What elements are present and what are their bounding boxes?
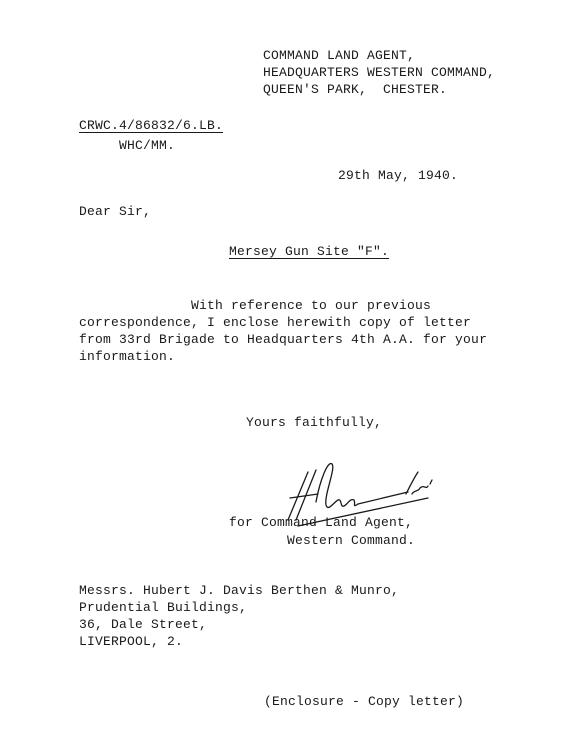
closing: Yours faithfully, — [246, 414, 382, 431]
salutation: Dear Sir, — [79, 203, 151, 220]
sender-address-line: HEADQUARTERS WESTERN COMMAND, — [263, 64, 495, 81]
body-line: correspondence, I enclose herewith copy … — [79, 314, 487, 331]
addressee-line: Messrs. Hubert J. Davis Berthen & Munro, — [79, 582, 399, 599]
addressee-line: LIVERPOOL, 2. — [79, 633, 399, 650]
addressee-line: Prudential Buildings, — [79, 599, 399, 616]
sender-address: COMMAND LAND AGENT, HEADQUARTERS WESTERN… — [263, 47, 495, 98]
letter-date: 29th May, 1940. — [338, 167, 458, 184]
sender-address-line: QUEEN'S PARK, CHESTER. — [263, 81, 495, 98]
signatory-line: Western Command. — [287, 532, 415, 549]
body-line: information. — [79, 348, 487, 365]
signatory-line: for Command Land Agent, — [229, 514, 413, 531]
body-line: With reference to our previous — [79, 297, 487, 314]
reference-number: CRWC.4/86832/6.LB. — [79, 117, 223, 134]
typist-initials: WHC/MM. — [119, 137, 175, 154]
letter-body: With reference to our previous correspon… — [79, 297, 487, 365]
subject-heading: Mersey Gun Site "F". — [229, 243, 389, 260]
addressee-address: Messrs. Hubert J. Davis Berthen & Munro,… — [79, 582, 399, 650]
enclosure-note: (Enclosure - Copy letter) — [264, 693, 464, 710]
body-line: from 33rd Brigade to Headquarters 4th A.… — [79, 331, 487, 348]
sender-address-line: COMMAND LAND AGENT, — [263, 47, 495, 64]
addressee-line: 36, Dale Street, — [79, 616, 399, 633]
